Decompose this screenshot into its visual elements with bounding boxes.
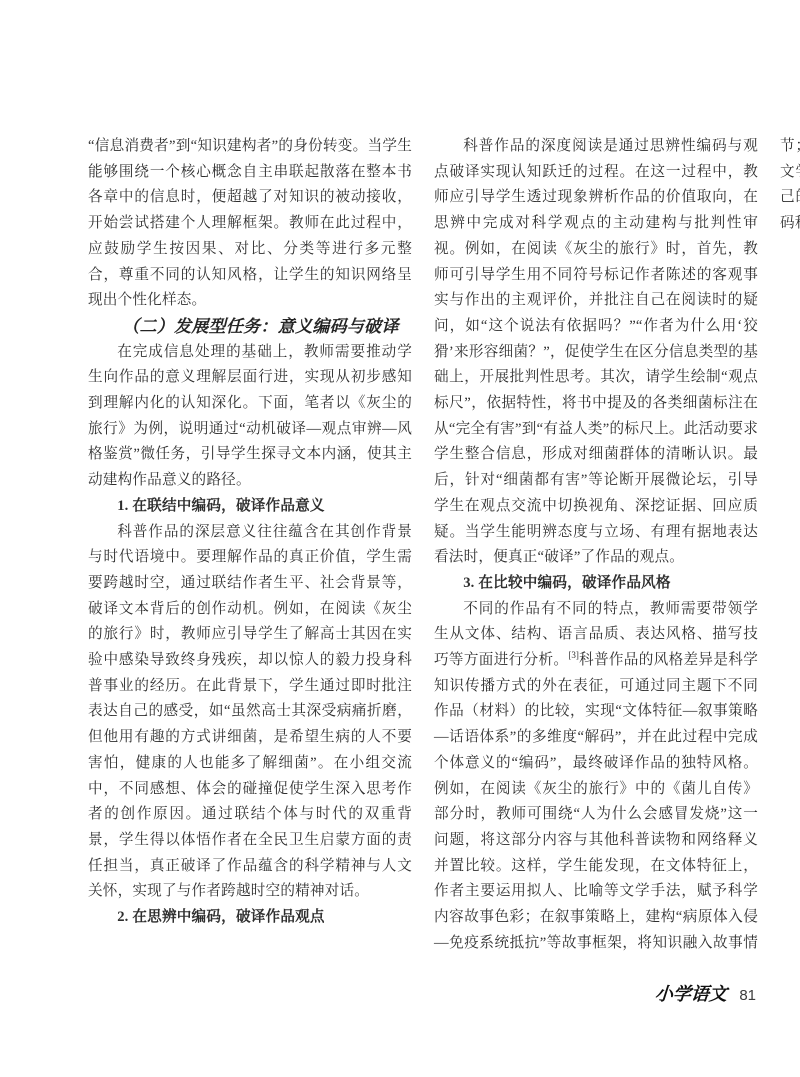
- journal-logo: 小学语文: [654, 980, 728, 1006]
- section-heading-developmental-task: （二）发展型任务：意义编码与破译: [88, 314, 412, 340]
- reference-marker-3: [3]: [568, 650, 579, 660]
- subsection-3-heading: 3. 在比较中编码，破译作品风格: [434, 571, 758, 597]
- continuation-paragraph: “信息消费者”到“知识建构者”的身份转变。当学生能够围绕一个核心概念自主串联起散…: [88, 134, 412, 314]
- page-footer: 小学语文 81: [655, 980, 756, 1006]
- subsection-1-heading: 1. 在联结中编码，破译作品意义: [88, 494, 412, 520]
- section-intro-paragraph: 在完成信息处理的基础上，教师需要推动学生向作品的意义理解层面行进，实现从初步感知…: [88, 340, 412, 494]
- document-page: “信息消费者”到“知识建构者”的身份转变。当学生能够围绕一个核心概念自主串联起散…: [0, 0, 800, 1077]
- page-number: 81: [739, 987, 756, 1004]
- subsection-2-heading: 2. 在思辨中编码，破译作品观点: [88, 905, 412, 931]
- subsection-2-paragraph: 科普作品的深度阅读是通过思辨性编码与观点破译实现认知跃迁的过程。在这一过程中，教…: [434, 134, 758, 571]
- subsection-1-paragraph: 科普作品的深层意义往往蕴含在其创作背景与时代语境中。要理解作品的真正价值，学生需…: [88, 520, 412, 906]
- article-body: “信息消费者”到“知识建构者”的身份转变。当学生能够围绕一个核心概念自主串联起散…: [88, 134, 758, 982]
